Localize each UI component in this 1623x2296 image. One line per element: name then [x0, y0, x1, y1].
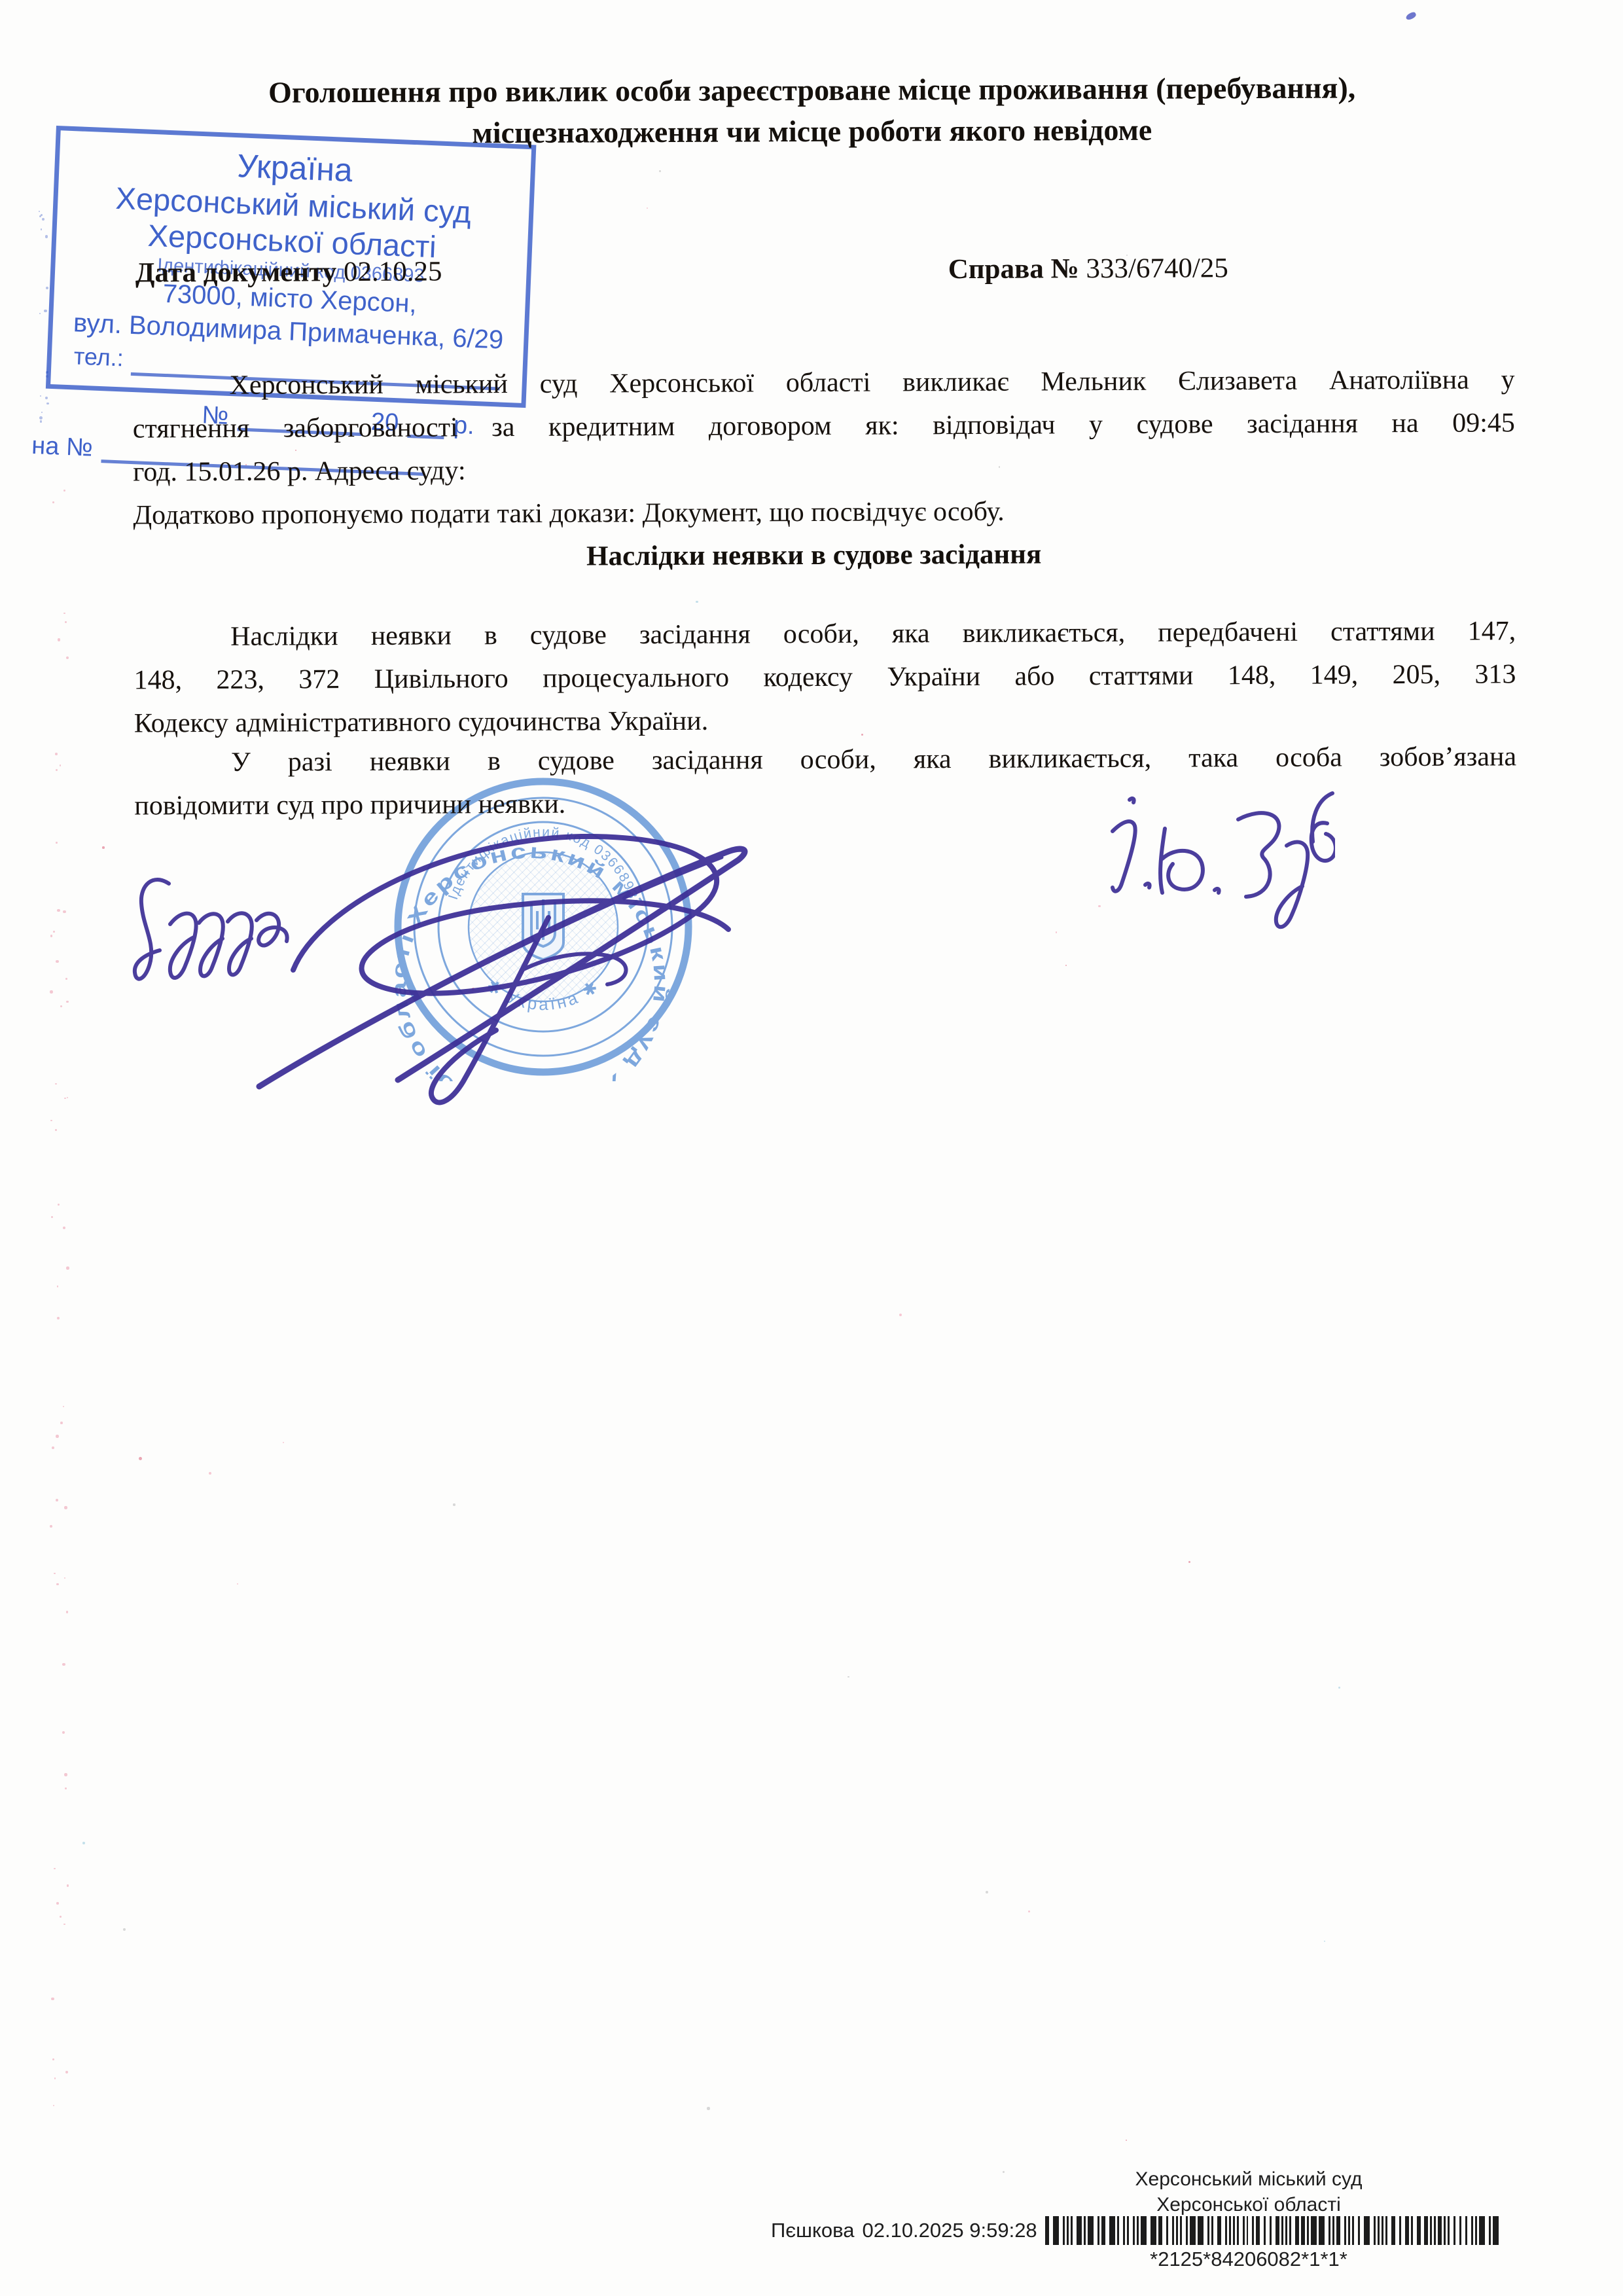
- barcode-bar: [1109, 2216, 1115, 2245]
- footer-print-datetime: 02.10.2025 9:59:28: [862, 2219, 1037, 2242]
- barcode-bar: [1053, 2216, 1059, 2245]
- footer: Херсонський міський суд Херсонської обла…: [0, 0, 1623, 2296]
- scanned-court-summons-page: Україна Херсонський міський суд Херсонсь…: [0, 0, 1623, 2296]
- footer-court-name: Херсонський міський суд Херсонської обла…: [1014, 2166, 1483, 2217]
- barcode-bar: [1479, 2216, 1485, 2245]
- judge-signature-ink: [241, 774, 810, 1114]
- barcode-bar: [1190, 2216, 1196, 2245]
- barcode-text: *2125*84206082*1*1*: [1014, 2248, 1483, 2271]
- barcode-bar: [1198, 2216, 1204, 2245]
- footer-operator: Пєшкова: [771, 2219, 854, 2242]
- barcode-bar: [1141, 2216, 1147, 2245]
- footer-court-line-1: Херсонський міський суд: [1014, 2166, 1483, 2192]
- barcode-bar: [1311, 2216, 1317, 2245]
- barcode-bar: [1493, 2216, 1499, 2245]
- barcode: [1045, 2216, 1503, 2245]
- barcode-bar: [1088, 2216, 1094, 2245]
- barcode-bar: [1150, 2216, 1156, 2245]
- footer-court-line-2: Херсонської області: [1014, 2192, 1483, 2217]
- barcode-bar: [1319, 2216, 1325, 2245]
- footer-print-row: Пєшкова 02.10.2025 9:59:28: [771, 2216, 1503, 2245]
- handwritten-judge-name: [1067, 785, 1335, 942]
- barcode-bar: [1077, 2216, 1082, 2245]
- barcode-bar: [1364, 2216, 1370, 2245]
